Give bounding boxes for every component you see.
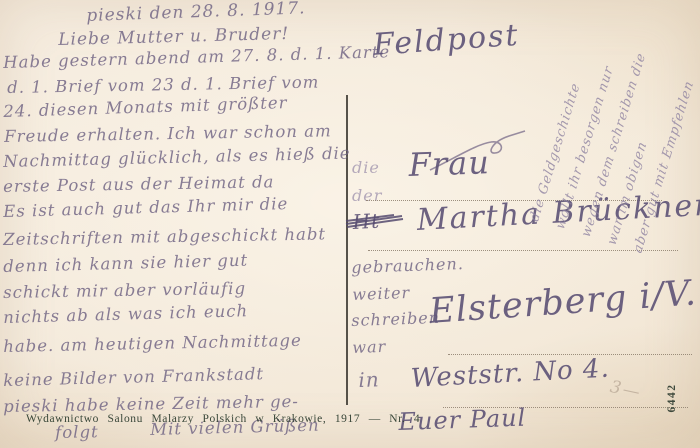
overflow-fragment: war bbox=[352, 337, 387, 357]
postcard-back: pieski den 28. 8. 1917. Liebe Mutter u. … bbox=[0, 0, 700, 448]
message-line: erste Post aus der Heimat da bbox=[3, 172, 275, 196]
message-line: Es ist auch gut das Ihr mir die bbox=[3, 194, 288, 221]
message-line: Nachmittag glücklich, als es hieß die bbox=[3, 144, 351, 171]
message-line: habe. am heutigen Nachmittage bbox=[3, 331, 302, 356]
overflow-fragment: weiter bbox=[352, 283, 410, 304]
pencil-mark: 3— bbox=[608, 377, 643, 403]
overflow-fragment: der bbox=[352, 186, 382, 205]
crossed-out-word: Ht bbox=[352, 209, 381, 234]
message-line: Freude erhalten. Ich war schon am bbox=[4, 121, 332, 146]
address-divider-line bbox=[346, 95, 348, 405]
street-prefix: in bbox=[358, 367, 380, 392]
message-line: 24. diesen Monats mit größter bbox=[3, 93, 288, 121]
address-street: Weststr. No 4. bbox=[410, 354, 610, 394]
message-line: Zeitschriften mit abgeschickt habt bbox=[3, 224, 326, 249]
overflow-fragment: schreiben bbox=[351, 308, 440, 330]
addressee-title: Frau bbox=[408, 143, 490, 184]
message-line: schickt mir aber vorläufig bbox=[3, 279, 246, 302]
dateline: pieski den 28. 8. 1917. bbox=[86, 0, 306, 26]
closing-word: folgt bbox=[55, 422, 99, 442]
publisher-imprint: Wydawnictwo Salonu Malarzy Polskich w Kr… bbox=[26, 413, 420, 425]
serial-number: 6442 bbox=[666, 374, 678, 422]
overflow-fragment: gebrauchen. bbox=[351, 254, 464, 277]
overflow-fragment: die bbox=[352, 158, 380, 177]
message-line: keine Bilder von Frankstadt bbox=[3, 364, 264, 390]
address-town: Elsterberg i/V. bbox=[428, 273, 698, 332]
message-line: nichts ab als was ich euch bbox=[3, 301, 248, 327]
feldpost-label: Feldpost bbox=[372, 18, 521, 63]
message-line: denn ich kann sie hier gut bbox=[3, 251, 248, 276]
